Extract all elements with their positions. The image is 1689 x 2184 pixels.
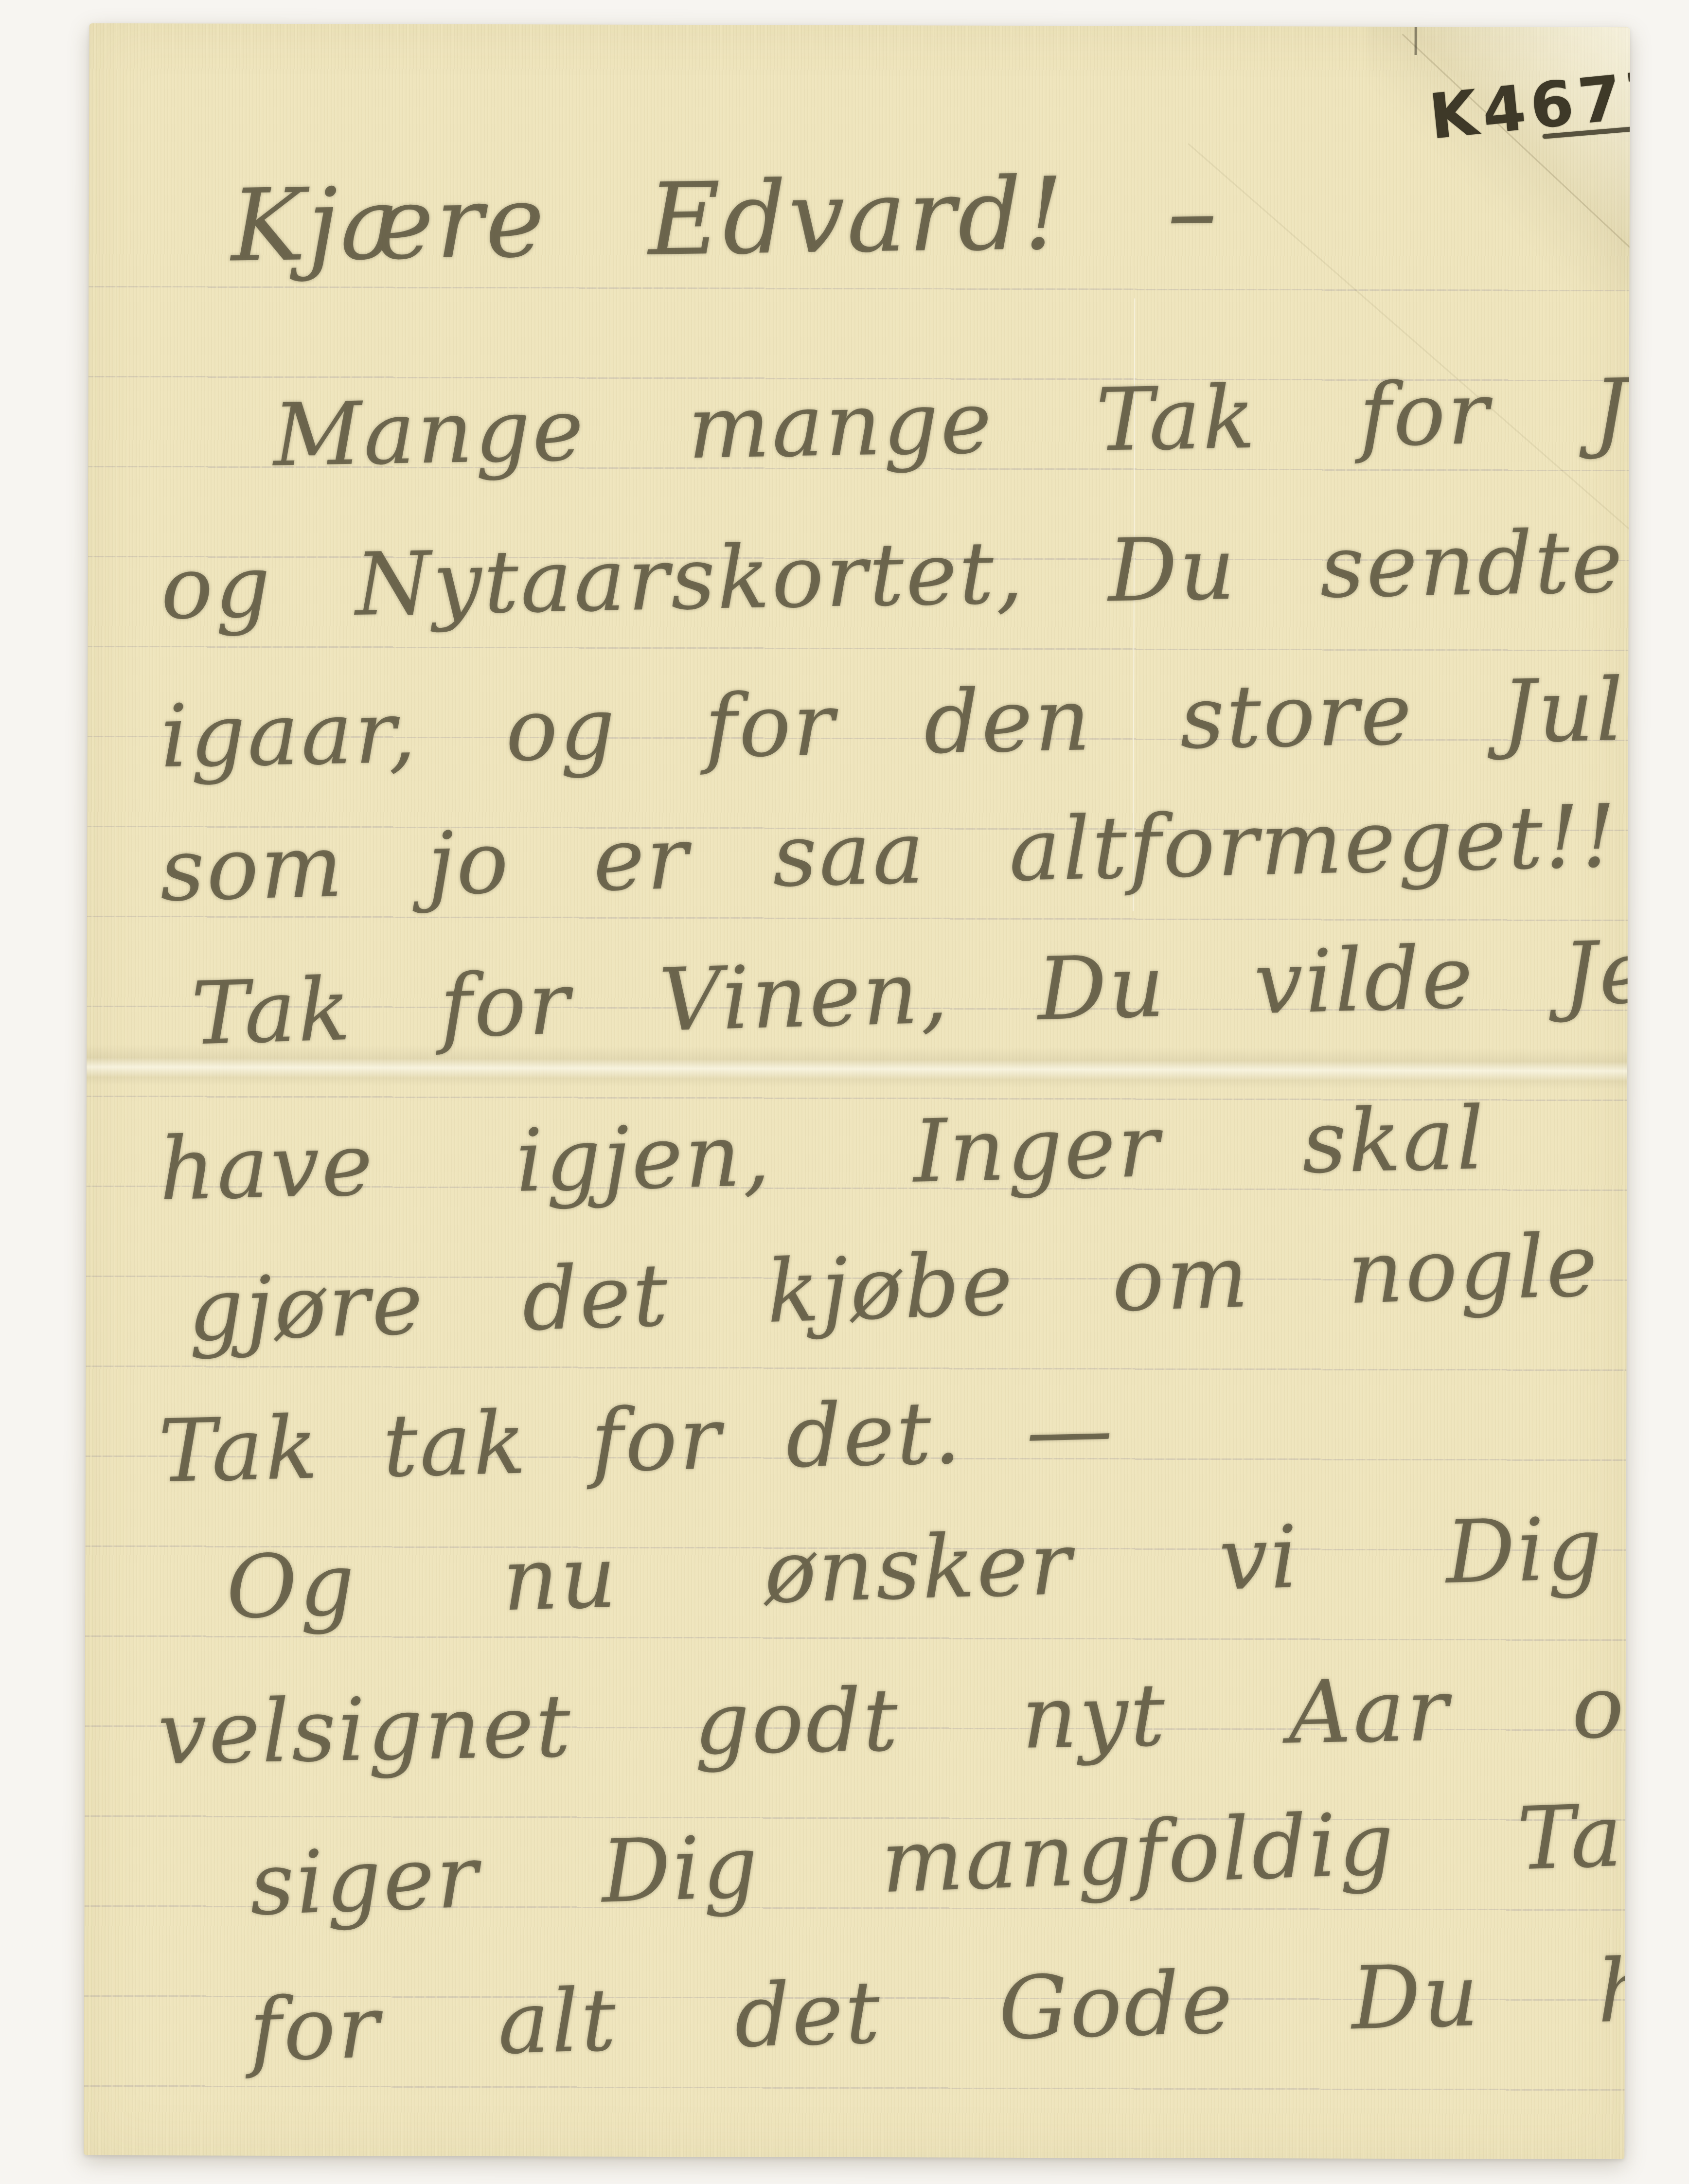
top-edge-mark bbox=[1415, 27, 1417, 55]
salutation-line: Kjære Edvard! – bbox=[230, 155, 1220, 284]
letter-paper: K4677 Kjære Edvard! – Mange mange Tak fo… bbox=[84, 23, 1630, 2159]
scanned-letter: K4677 Kjære Edvard! – Mange mange Tak fo… bbox=[0, 0, 1689, 2184]
